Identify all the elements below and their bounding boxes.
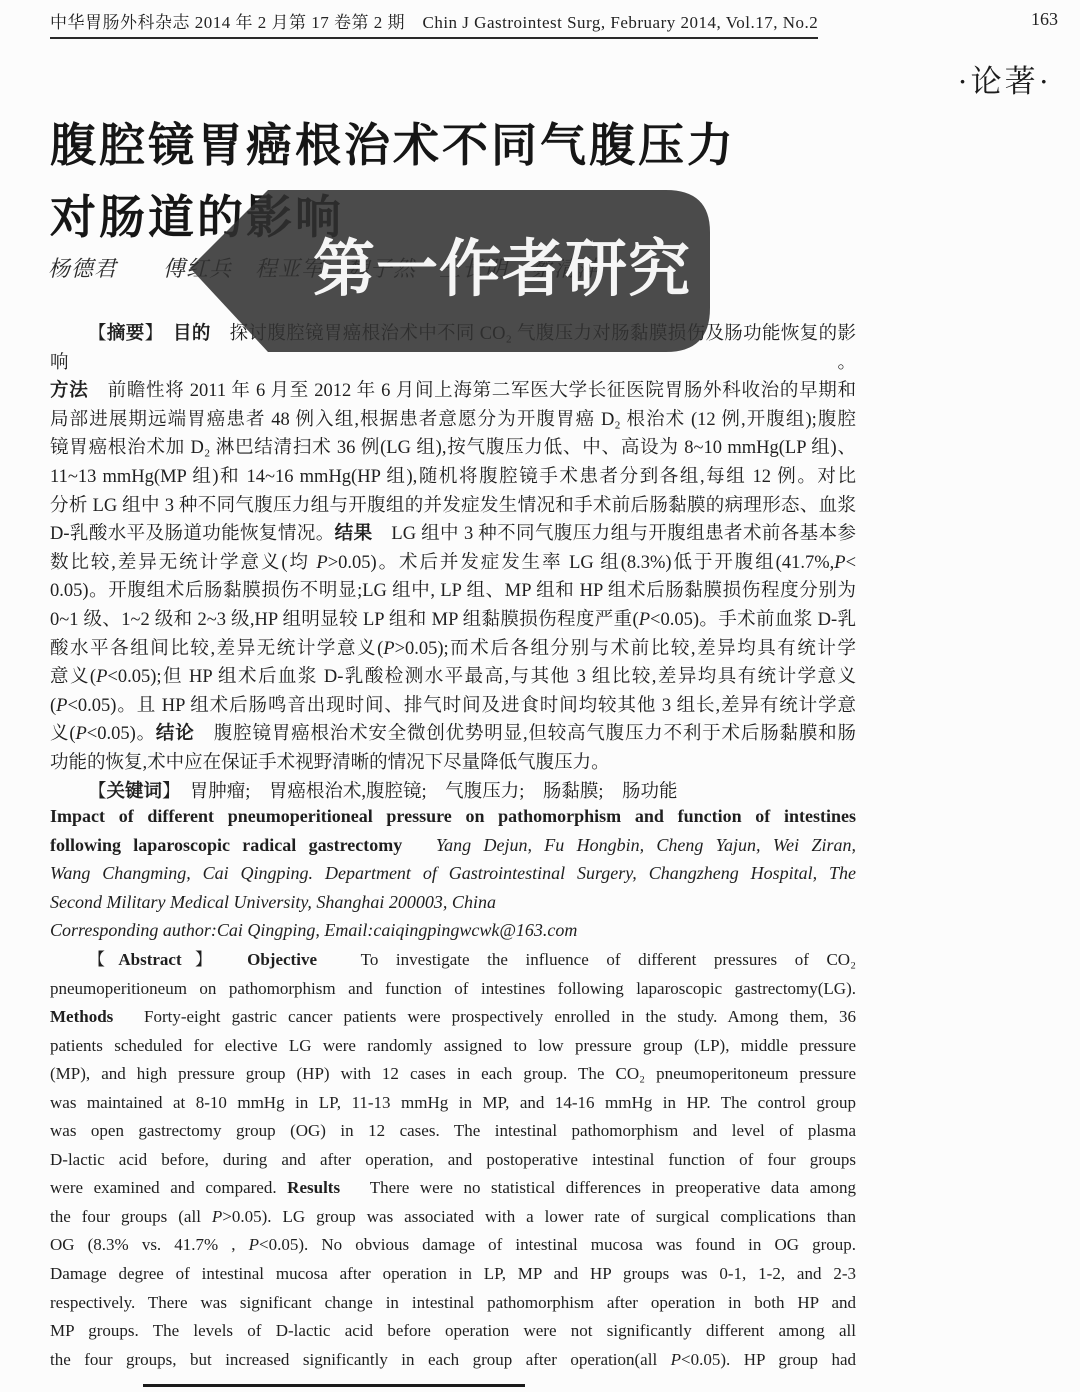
abstract-en-line: patients scheduled for elective LG were … — [50, 1032, 856, 1061]
masthead: 中华胃肠外科杂志 2014 年 2 月第 17 卷第 2 期 Chin J Ga… — [50, 8, 1058, 39]
article-title-line2: 对肠道的影响 — [50, 182, 736, 254]
chinese-abstract-body: 【摘要】 目的 探讨腹腔镜胃癌根治术中不同 CO₂ 气腹压力对肠黏膜损伤及肠功能… — [50, 320, 856, 749]
abstract-cn-line: 局部进展期远端胃癌患者 48 例入组,根据患者意愿分为开腹胃癌 D₂ 根治术 (… — [50, 406, 856, 435]
journal-page: 中华胃肠外科杂志 2014 年 2 月第 17 卷第 2 期 Chin J Ga… — [0, 0, 1080, 1392]
footnote-rule — [143, 1384, 525, 1387]
abstract-en-line: D-lactic acid before, during and after o… — [50, 1146, 856, 1175]
article-title-line1: 腹腔镜胃癌根治术不同气腹压力 — [50, 110, 736, 182]
abstract-cn-line: 意义(P<0.05);但 HP 组术后血浆 D-乳酸检测水平最高,与其他 3 组… — [50, 663, 856, 692]
english-header-line: Wang Changming, Cai Qingping. Department… — [50, 859, 856, 888]
english-header-line: following laparoscopic radical gastrecto… — [50, 831, 856, 860]
abstract-en-line: Methods Forty-eight gastric cancer patie… — [50, 1003, 856, 1032]
abstract-en-line: was open gastrectomy group (OG) in 12 ca… — [50, 1117, 856, 1146]
abstract-en-line: MP groups. The levels of D-lactic acid b… — [50, 1317, 856, 1346]
abstract-en-line: the four groups, but increased significa… — [50, 1346, 856, 1375]
abstract-cn-line: 【摘要】 目的 探讨腹腔镜胃癌根治术中不同 CO₂ 气腹压力对肠黏膜损伤及肠功能… — [50, 320, 856, 377]
english-header-line: Impact of different pneumoperitioneal pr… — [50, 802, 856, 831]
abstract-cn-line: 义(P<0.05)。结论 腹腔镜胃癌根治术安全微创优势明显,但较高气腹压力不利于… — [50, 720, 856, 749]
abstract-en-line: 【Abstract】 Objective To investigate the … — [50, 946, 856, 975]
abstract-cn-line: D-乳酸水平及肠道功能恢复情况。结果 LG 组中 3 种不同气腹压力组与开腹组患… — [50, 520, 856, 549]
english-title-plain: Second Military Medical University, Shan… — [50, 888, 856, 945]
article-type-label: ·论著· — [957, 56, 1052, 101]
article-title: 腹腔镜胃癌根治术不同气腹压力 对肠道的影响 — [50, 110, 736, 254]
abstract-en-line: the four groups (all P>0.05). LG group w… — [50, 1203, 856, 1232]
journal-header-text: 中华胃肠外科杂志 2014 年 2 月第 17 卷第 2 期 Chin J Ga… — [50, 8, 818, 39]
abstract-en-line: were examined and compared. Results Ther… — [50, 1174, 856, 1203]
abstract-cn-line: 镜胃癌根治术加 D₂ 淋巴结清扫术 36 例(LG 组),按气腹压力低、中、高设… — [50, 434, 856, 463]
english-title-authors: Impact of different pneumoperitioneal pr… — [50, 802, 856, 945]
abstract-en-line: Damage degree of intestinal mucosa after… — [50, 1260, 856, 1289]
authors-line: 杨德君 傅红兵 程亚军 魏子然 王长明 蔡清萍 — [48, 252, 600, 283]
abstract-en-line: (MP), and high pressure group (HP) with … — [50, 1060, 856, 1089]
abstract-cn-line: 方法 前瞻性将 2011 年 6 月至 2012 年 6 月间上海第二军医大学长… — [50, 377, 856, 406]
abstract-cn-line: 0~1 级、1~2 级和 2~3 级,HP 组明显较 LP 组和 MP 组黏膜损… — [50, 606, 856, 635]
abstract-en-line: was maintained at 8-10 mmHg in LP, 11-13… — [50, 1089, 856, 1118]
abstract-cn-closing-line: 功能的恢复,术中应在保证手术视野清晰的情况下尽量降低气腹压力。 — [50, 749, 856, 778]
english-abstract-body: 【Abstract】 Objective To investigate the … — [50, 946, 856, 1374]
abstract-cn-line: 11~13 mmHg(MP 组)和 14~16 mmHg(HP 组),随机将腹腔… — [50, 463, 856, 492]
abstract-cn-line: (P<0.05)。且 HP 组术后肠鸣音出现时间、排气时间及进食时间均较其他 3… — [50, 692, 856, 721]
english-title-justified: Impact of different pneumoperitioneal pr… — [50, 802, 856, 888]
abstract-en-line: respectively. There was significant chan… — [50, 1289, 856, 1318]
english-header-line: Corresponding author:Cai Qingping, Email… — [50, 916, 856, 945]
abstract-cn-line: 酸水平各组间比较,差异无统计学意义(P>0.05);而术后各组分别与术前比较,差… — [50, 635, 856, 664]
abstract-en-line: pneumoperitioneum on pathomorphism and f… — [50, 975, 856, 1004]
chinese-abstract: 【摘要】 目的 探讨腹腔镜胃癌根治术中不同 CO₂ 气腹压力对肠黏膜损伤及肠功能… — [50, 320, 856, 806]
english-abstract: 【Abstract】 Objective To investigate the … — [50, 946, 856, 1374]
abstract-en-line: OG (8.3% vs. 41.7% , P<0.05). No obvious… — [50, 1231, 856, 1260]
abstract-cn-line: 数比较,差异无统计学意义(均 P>0.05)。术后并发症发生率 LG 组(8.3… — [50, 549, 856, 578]
abstract-cn-line: 分析 LG 组中 3 种不同气腹压力组与开腹组的并发症发生情况和手术前后肠黏膜的… — [50, 492, 856, 521]
page-number: 163 — [1031, 8, 1058, 30]
abstract-cn-line: 0.05)。开腹组术后肠黏膜损伤不明显;LG 组中, LP 组、MP 组和 HP… — [50, 577, 856, 606]
english-header-line: Second Military Medical University, Shan… — [50, 888, 856, 917]
